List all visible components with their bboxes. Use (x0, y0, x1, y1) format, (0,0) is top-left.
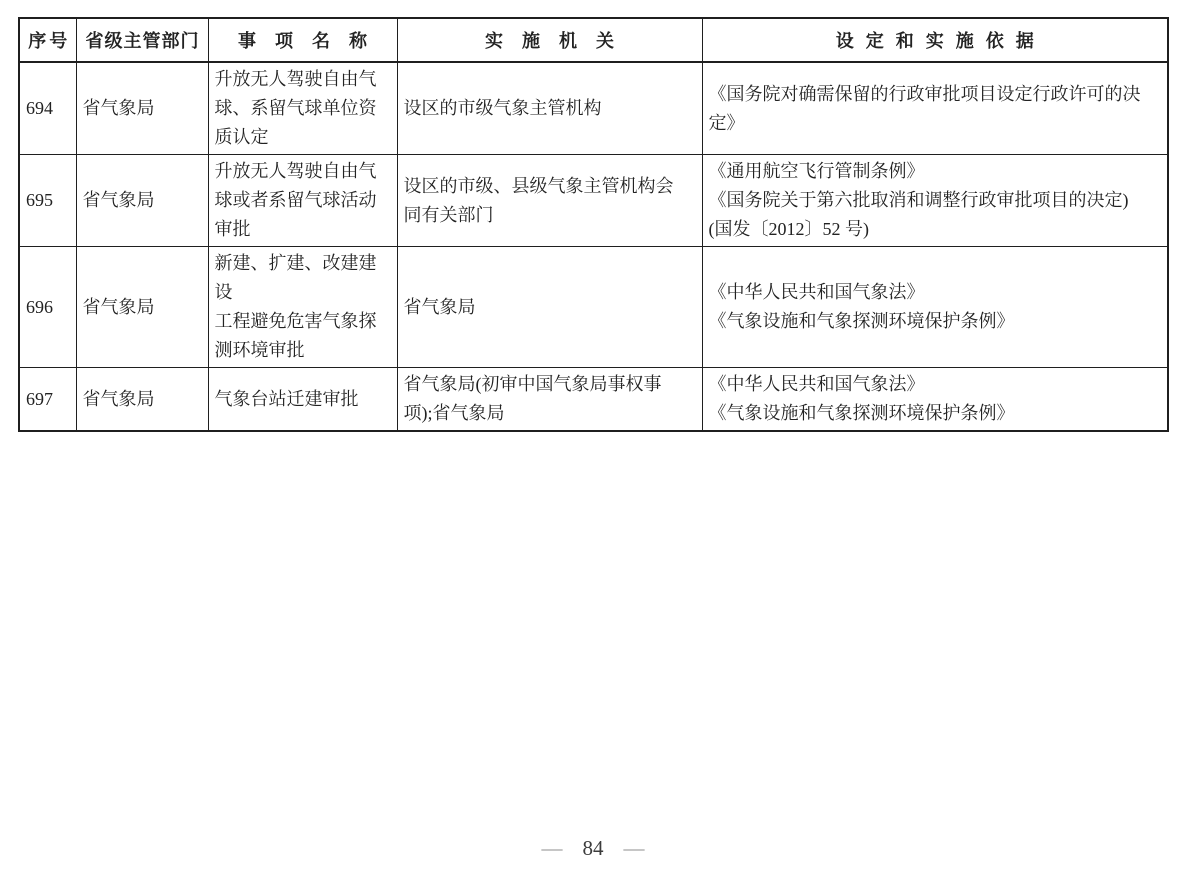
document-page: 序号 省级主管部门 事项名称 实施机关 设定和实施依据 694 省气象局 升放无… (0, 0, 1186, 883)
cell-agency: 省气象局(初审中国气象局事权事 项);省气象局 (397, 368, 702, 432)
table-row-695: 695 省气象局 升放无人驾驶自由气 球或者系留气球活动 审批 设区的市级、县级… (19, 155, 1168, 247)
column-header-basis: 设定和实施依据 (702, 18, 1168, 62)
cell-item-name: 升放无人驾驶自由气 球或者系留气球活动 审批 (208, 155, 397, 247)
cell-basis: 《通用航空飞行管制条例》 《国务院关于第六批取消和调整行政审批项目的决定) (国… (702, 155, 1168, 247)
administrative-items-table: 序号 省级主管部门 事项名称 实施机关 设定和实施依据 694 省气象局 升放无… (18, 17, 1169, 432)
cell-serial: 697 (19, 368, 76, 432)
cell-item-name: 新建、扩建、改建建设 工程避免危害气象探 测环境审批 (208, 247, 397, 368)
table-header: 序号 省级主管部门 事项名称 实施机关 设定和实施依据 (19, 18, 1168, 62)
page-footer: — 84 — (0, 836, 1186, 861)
cell-department: 省气象局 (76, 62, 208, 155)
table-body: 694 省气象局 升放无人驾驶自由气 球、系留气球单位资 质认定 设区的市级气象… (19, 62, 1168, 431)
cell-serial: 694 (19, 62, 76, 155)
cell-agency: 设区的市级、县级气象主管机构会 同有关部门 (397, 155, 702, 247)
column-header-serial: 序号 (19, 18, 76, 62)
table-row-697: 697 省气象局 气象台站迁建审批 省气象局(初审中国气象局事权事 项);省气象… (19, 368, 1168, 432)
cell-basis: 《中华人民共和国气象法》 《气象设施和气象探测环境保护条例》 (702, 247, 1168, 368)
cell-serial: 696 (19, 247, 76, 368)
cell-agency: 设区的市级气象主管机构 (397, 62, 702, 155)
cell-basis: 《中华人民共和国气象法》 《气象设施和气象探测环境保护条例》 (702, 368, 1168, 432)
cell-department: 省气象局 (76, 155, 208, 247)
column-header-department: 省级主管部门 (76, 18, 208, 62)
table-row-694: 694 省气象局 升放无人驾驶自由气 球、系留气球单位资 质认定 设区的市级气象… (19, 62, 1168, 155)
footer-dash-left: — (542, 836, 563, 861)
cell-department: 省气象局 (76, 247, 208, 368)
header-row: 序号 省级主管部门 事项名称 实施机关 设定和实施依据 (19, 18, 1168, 62)
column-header-agency: 实施机关 (397, 18, 702, 62)
column-header-item-name: 事项名称 (208, 18, 397, 62)
footer-dash-right: — (624, 836, 645, 861)
cell-item-name: 气象台站迁建审批 (208, 368, 397, 432)
cell-department: 省气象局 (76, 368, 208, 432)
cell-serial: 695 (19, 155, 76, 247)
table-row-696: 696 省气象局 新建、扩建、改建建设 工程避免危害气象探 测环境审批 省气象局… (19, 247, 1168, 368)
cell-basis: 《国务院对确需保留的行政审批项目设定行政许可的决 定》 (702, 62, 1168, 155)
cell-item-name: 升放无人驾驶自由气 球、系留气球单位资 质认定 (208, 62, 397, 155)
cell-agency: 省气象局 (397, 247, 702, 368)
page-number: 84 (583, 836, 604, 861)
